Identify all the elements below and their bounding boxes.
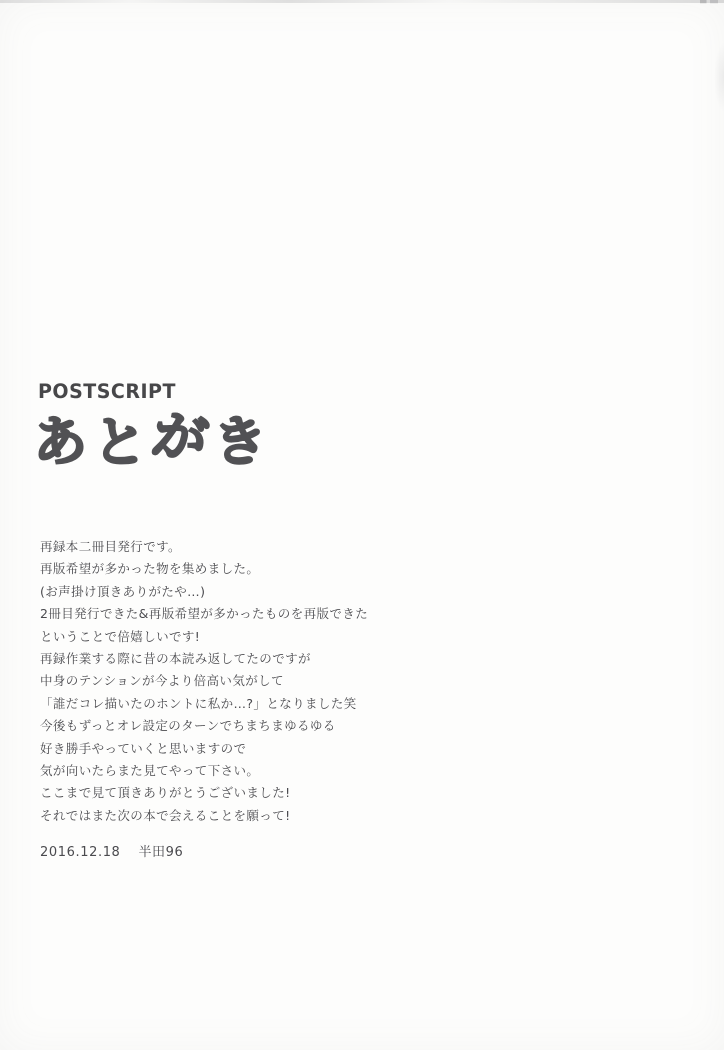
afterword-line: 2冊目発行できた&再版希望が多かったものを再版できた: [40, 603, 368, 625]
afterword-line: 「誰だコレ描いたのホントに私か…?」となりました笑: [40, 693, 368, 715]
publication-date: 2016.12.18: [40, 845, 120, 860]
cropped-page-number-mark: [700, 0, 718, 6]
signature-line: 2016.12.18半田96: [40, 841, 183, 860]
afterword-line: 気が向いたらまた見てやって下さい。: [40, 760, 368, 782]
afterword-line: 中身のテンションが今より倍高い気がして: [40, 670, 368, 692]
afterword-line: それではまた次の本で会えることを願って!: [40, 805, 368, 827]
scan-edge-artifact: [0, 0, 724, 3]
afterword-line: ここまで見て頂きありがとうございました!: [40, 782, 368, 804]
page-title: あとがき: [33, 399, 273, 476]
afterword-line: 今後もずっとオレ設定のターンでちまちまゆるゆる: [40, 715, 368, 737]
scanned-afterword-page: POSTSCRIPT あとがき 再録本二冊目発行です。 再版希望が多かった物を集…: [0, 0, 724, 1050]
afterword-line: 再録本二冊目発行です。: [40, 536, 368, 558]
afterword-line: 再版希望が多かった物を集めました。: [40, 558, 368, 580]
afterword-line: 再録作業する際に昔の本読み返してたのですが: [40, 648, 368, 670]
author-name: 半田96: [138, 845, 183, 860]
afterword-line: ということで倍嬉しいです!: [40, 626, 368, 648]
afterword-text: 再録本二冊目発行です。 再版希望が多かった物を集めました。 (お声掛け頂きありが…: [40, 536, 368, 827]
afterword-line: (お声掛け頂きありがたや…): [40, 581, 368, 603]
scan-smudge-artifact: [714, 42, 724, 112]
afterword-line: 好き勝手やっていくと思いますので: [40, 738, 368, 760]
